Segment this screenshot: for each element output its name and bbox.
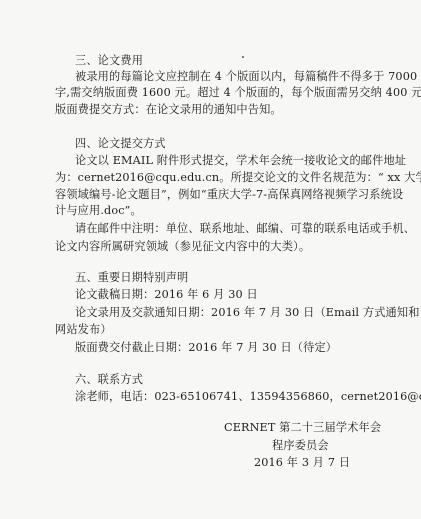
signature-date: 2016 年 3 月 7 日 <box>254 456 350 470</box>
section-heading-contact: 六、联系方式 <box>75 373 143 387</box>
section-heading-submission: 四、论文提交方式 <box>75 137 166 151</box>
document-page: 三、论文费用 被录用的每篇论文应控制在 4 个版面以内，每篇稿件不得多于 700… <box>0 0 421 519</box>
paragraph-line: 容领域编号-论文题目”，例如“重庆大学-7-高保真网络视频学习系统设 <box>55 188 403 202</box>
section-heading-dates: 五、重要日期特别声明 <box>75 271 188 285</box>
paragraph-line: 论文内容所属研究领域（参见征文内容中的大类）。 <box>55 240 310 254</box>
paragraph-line-email: 为：cernet2016@cqu.edu.cn。所提交论文的文件名规范为：“ x… <box>55 171 421 185</box>
paragraph-line: 请在邮件中注明：单位、联系地址、邮编、可靠的联系电话或手机、 <box>75 222 415 236</box>
signature-organization: CERNET 第二十三届学术年会 <box>224 421 381 435</box>
paragraph-line: 版面费提交方式：在论文录用的通知中告知。 <box>55 103 282 117</box>
contact-line: 涂老师，电话：023-65106741、13594356860，cernet20… <box>75 390 421 404</box>
date-line-notification-cont: 网站发布） <box>55 323 112 337</box>
date-line-payment: 版面费交付截止日期：2016 年 7 月 30 日（待定） <box>75 341 337 355</box>
date-line-notification: 论文录用及交款通知日期：2016 年 7 月 30 日（Email 方式通知和 <box>75 306 420 320</box>
scan-speck <box>242 56 244 58</box>
paragraph-line: 被录用的每篇论文应控制在 4 个版面以内，每篇稿件不得多于 7000 <box>75 70 417 84</box>
signature-committee: 程序委员会 <box>272 439 329 453</box>
paragraph-line: 字,需交纳版面费 1600 元。超过 4 个版面的，每个版面需另交纳 400 元… <box>55 86 421 100</box>
date-line-deadline: 论文截稿日期：2016 年 6 月 30 日 <box>75 288 258 302</box>
section-heading-fees: 三、论文费用 <box>75 54 143 68</box>
paragraph-line: 计与应用.doc”。 <box>55 204 142 218</box>
paragraph-line: 论文以 EMAIL 附件形式提交，学术年会统一接收论文的邮件地址 <box>75 154 406 168</box>
